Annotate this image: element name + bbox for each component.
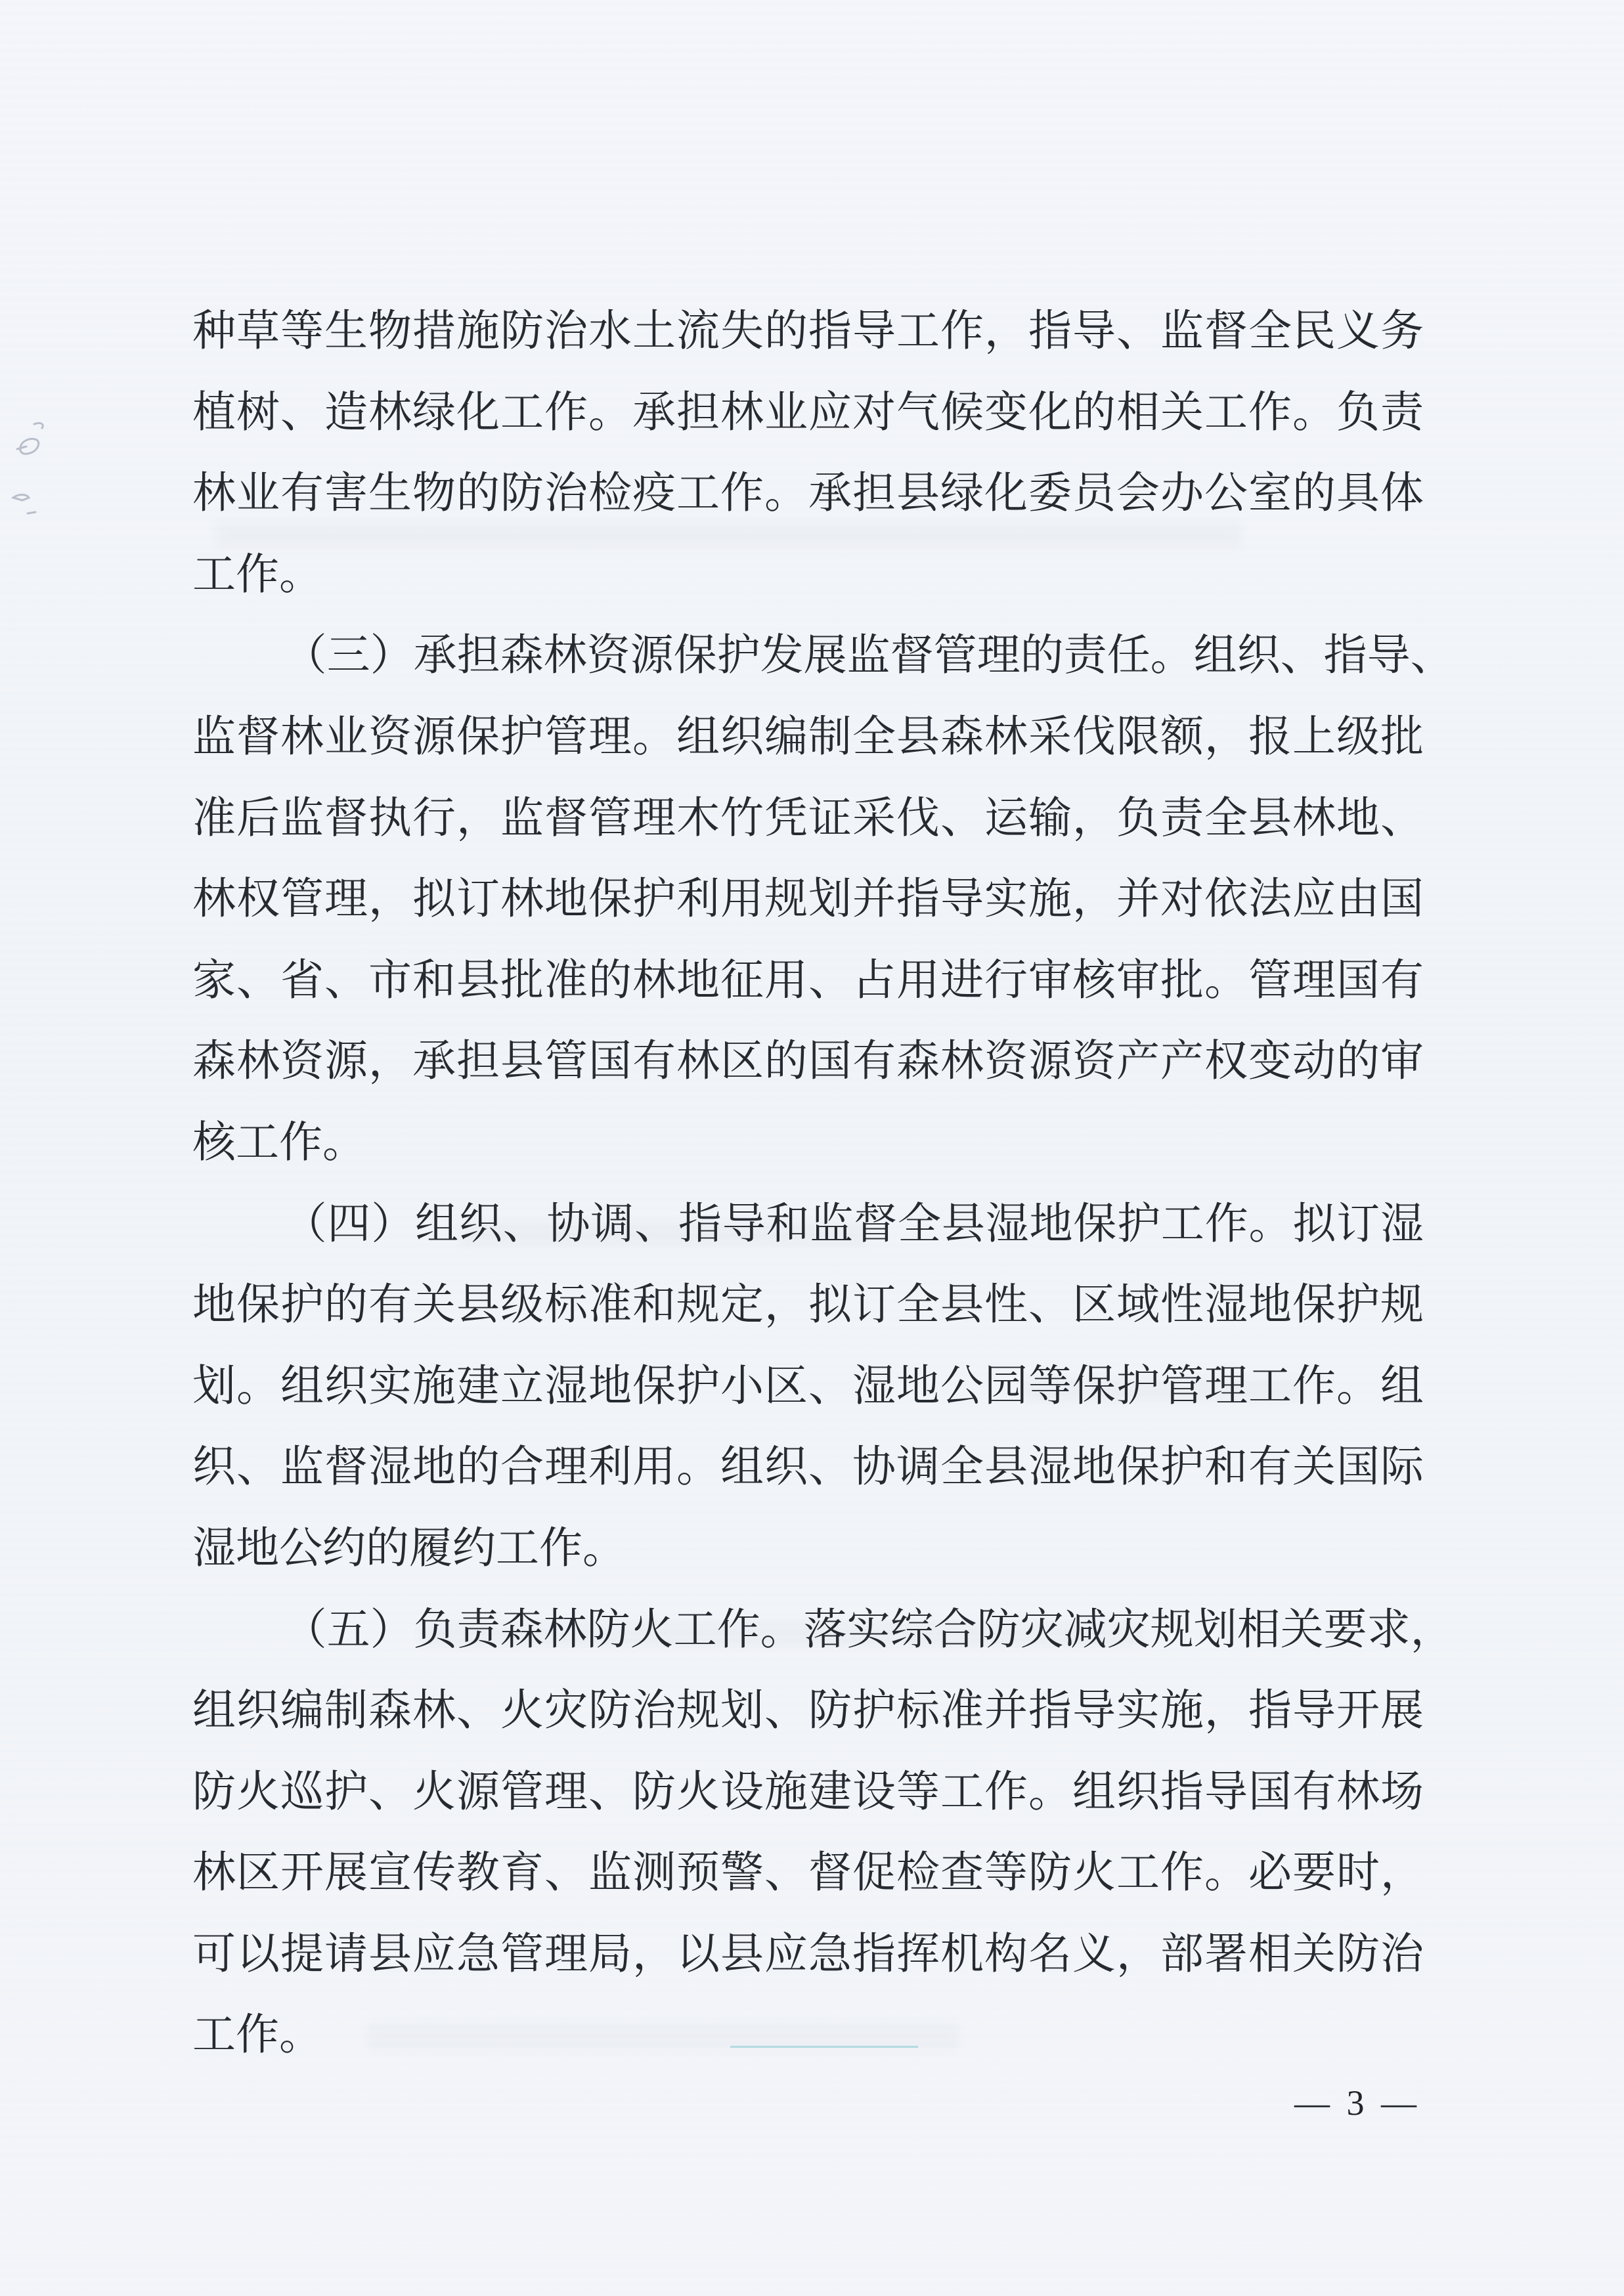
text-line: 森林资源，承担县管国有林区的国有森林资源资产产权变动的审: [192, 1021, 1424, 1102]
text-line: （五）负责森林防火工作。落实综合防灾减灾规划相关要求，: [192, 1590, 1424, 1671]
text-line: 组织编制森林、火灾防治规划、防护标准并指导实施，指导开展: [192, 1670, 1424, 1752]
text-line: 核工作。: [192, 1102, 1424, 1184]
text-line: （三）承担森林资源保护发展监督管理的责任。组织、指导、: [192, 615, 1424, 697]
text-line: 可以提请县应急管理局，以县应急指挥机构名义，部署相关防治: [192, 1914, 1424, 1995]
text-line: 湿地公约的履约工作。: [192, 1508, 1424, 1590]
text-line: 工作。: [192, 534, 1424, 616]
text-line: 地保护的有关县级标准和规定，拟订全县性、区域性湿地保护规: [192, 1265, 1424, 1346]
text-line: 林区开展宣传教育、监测预警、督促检查等防火工作。必要时，: [192, 1832, 1424, 1914]
pencil-smudge-mark: [9, 487, 42, 520]
text-line: 监督林业资源保护管理。组织编制全县森林采伐限额，报上级批: [192, 697, 1424, 778]
page-number: — 3 —: [1282, 2073, 1433, 2133]
text-line: 工作。: [192, 1995, 1424, 2076]
text-line: 划。组织实施建立湿地保护小区、湿地公园等保护管理工作。组: [192, 1346, 1424, 1427]
text-line: 织、监督湿地的合理利用。组织、协调全县湿地保护和有关国际: [192, 1427, 1424, 1508]
document-body: 种草等生物措施防治水土流失的指导工作，指导、监督全民义务 植树、造林绿化工作。承…: [192, 291, 1424, 2076]
text-line: 林权管理，拟订林地保护利用规划并指导实施，并对依法应由国: [192, 859, 1424, 940]
text-line: 种草等生物措施防治水土流失的指导工作，指导、监督全民义务: [192, 291, 1424, 372]
pencil-smudge-mark: [12, 420, 51, 466]
document-page: 种草等生物措施防治水土流失的指导工作，指导、监督全民义务 植树、造林绿化工作。承…: [0, 0, 1624, 2296]
text-line: 植树、造林绿化工作。承担林业应对气候变化的相关工作。负责: [192, 372, 1424, 454]
text-line: 林业有害生物的防治检疫工作。承担县绿化委员会办公室的具体: [192, 453, 1424, 534]
text-line: 准后监督执行，监督管理木竹凭证采伐、运输，负责全县林地、: [192, 778, 1424, 859]
text-line: （四）组织、协调、指导和监督全县湿地保护工作。拟订湿: [192, 1184, 1424, 1265]
scanner-artifact-line: [730, 2046, 918, 2048]
text-line: 家、省、市和县批准的林地征用、占用进行审核审批。管理国有: [192, 940, 1424, 1022]
text-line: 防火巡护、火源管理、防火设施建设等工作。组织指导国有林场: [192, 1752, 1424, 1833]
